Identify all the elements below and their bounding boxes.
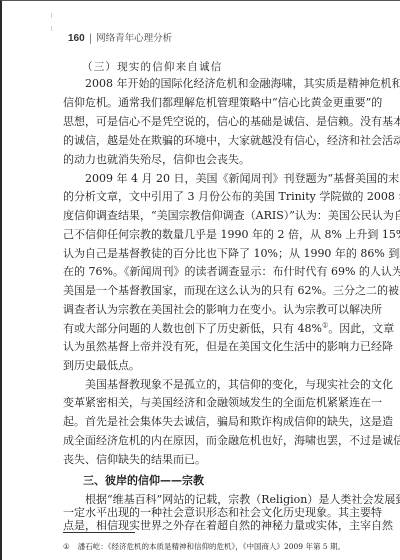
paragraph-line-tail: 。因此，文章 bbox=[328, 322, 394, 335]
paragraph-line: 2008 年开始的国际化经济危机和金融海啸，其实质是精神危机和 bbox=[85, 77, 361, 91]
paragraph-line: 到历史最低点。 bbox=[63, 359, 361, 373]
paragraph-line: 点是，相信现实世界之外存在着超自然的神秘力量或实体，主宰自然 bbox=[63, 519, 361, 533]
paragraph-line: 调查者认为宗教在美国社会的影响力在变小。认为宗教可以解决所 bbox=[63, 303, 361, 317]
book-page: 160|网络青年心理分析 （三）现实的信仰来自诚信 2008 年开始的国际化经济… bbox=[0, 0, 400, 560]
scan-mark bbox=[51, 26, 52, 31]
paragraph-line: 认为自己是基督教徒的百分比也下降了 10%；从 1990 年的 86% 到现 bbox=[63, 247, 361, 261]
scan-mark bbox=[51, 13, 52, 18]
paragraph-line: 度信仰调查结果，“美国宗教信仰调查（ARIS）”认为：美国公民认为自 bbox=[63, 209, 361, 223]
section-heading: 三、彼岸的信仰——宗教 bbox=[83, 474, 204, 488]
paragraph-line: 认为虽然基督上帝并没有死，但是在美国文化生活中的影响力已经降 bbox=[63, 340, 361, 354]
paragraph-line: 2009 年 4 月 20 日，美国《新闻周刊》刊登题为“基督美国的末日” bbox=[85, 172, 361, 186]
paragraph-line: 一定水平出现的一种社会意识形态和社会文化历史现象。其主要特 bbox=[63, 506, 361, 520]
footnote: ①潘石屹：《经济危机的本质是精神和信仰的危机》，《中国商人》2009 年第 5 … bbox=[63, 542, 345, 552]
paragraph-line: 变革紧密相关，与美国经济和金融领域发生的全面危机紧紧连在一 bbox=[63, 396, 361, 410]
footnote-divider bbox=[63, 532, 135, 533]
paragraph-line: 己不信仰任何宗教的数量几乎是 1990 年的 2 倍，从 8% 上升到 15%； bbox=[63, 228, 361, 242]
paragraph-line: 成全面经济危机的内在原因，而金融危机也好，海啸也罢，不过是诚信 bbox=[63, 434, 361, 448]
paragraph-line: 美国是一个基督教国家，而现在这么认为的只有 62%。三分之二的被 bbox=[63, 284, 361, 298]
paragraph-line: 的诚信，越是处在欺骗的环境中，大家就越没有信心，经济和社会活动 bbox=[63, 134, 361, 148]
paragraph-line: 在的 76%。《新闻周刊》的读者调查显示：布什时代有 69% 的人认为 bbox=[63, 265, 361, 279]
header-separator: | bbox=[89, 32, 92, 46]
paragraph-line: 的动力也就消失殆尽，信仰也会丧失。 bbox=[63, 153, 361, 167]
paragraph-line: 思想，可是信心不是凭空说的，信心的基础是诚信、是信赖。没有基本 bbox=[63, 115, 361, 129]
book-title: 网络青年心理分析 bbox=[96, 33, 172, 44]
footnote-text: 潘石屹：《经济危机的本质是精神和信仰的危机》，《中国商人》2009 年第 5 期… bbox=[78, 542, 345, 551]
paragraph-line-with-footnote: 有或大部分问题的人数也创下了历史新低，只有 48%①。因此，文章 bbox=[63, 322, 361, 336]
paragraph-line: 信仰危机。通常我们都理解危机管理策略中“信心比黄金更重要”的 bbox=[63, 96, 361, 110]
page-number: 160 bbox=[68, 33, 85, 44]
paragraph-line-text: 有或大部分问题的人数也创下了历史新低，只有 48% bbox=[63, 322, 322, 335]
paragraph-line: 起。首先是社会集体失去诚信，骗局和欺诈构成信仰的缺失，这是造 bbox=[63, 415, 361, 429]
paragraph-line: 美国基督教现象不是孤立的，其信仰的变化，与现实社会的文化 bbox=[85, 378, 361, 392]
footnote-mark: ① bbox=[63, 542, 70, 552]
paragraph-line: 的分析文章，文中引用了 3 月份公布的美国 Trinity 学院做的 2008 … bbox=[63, 190, 361, 204]
paragraph-line: 丧失、信仰缺失的结果而已。 bbox=[63, 453, 361, 467]
running-header: 160|网络青年心理分析 bbox=[68, 32, 172, 46]
paragraph-line: 根据“维基百科”网站的记载，宗教（Religion）是人类社会发展到 bbox=[85, 493, 361, 507]
subsection-heading: （三）现实的信仰来自诚信 bbox=[82, 60, 222, 74]
